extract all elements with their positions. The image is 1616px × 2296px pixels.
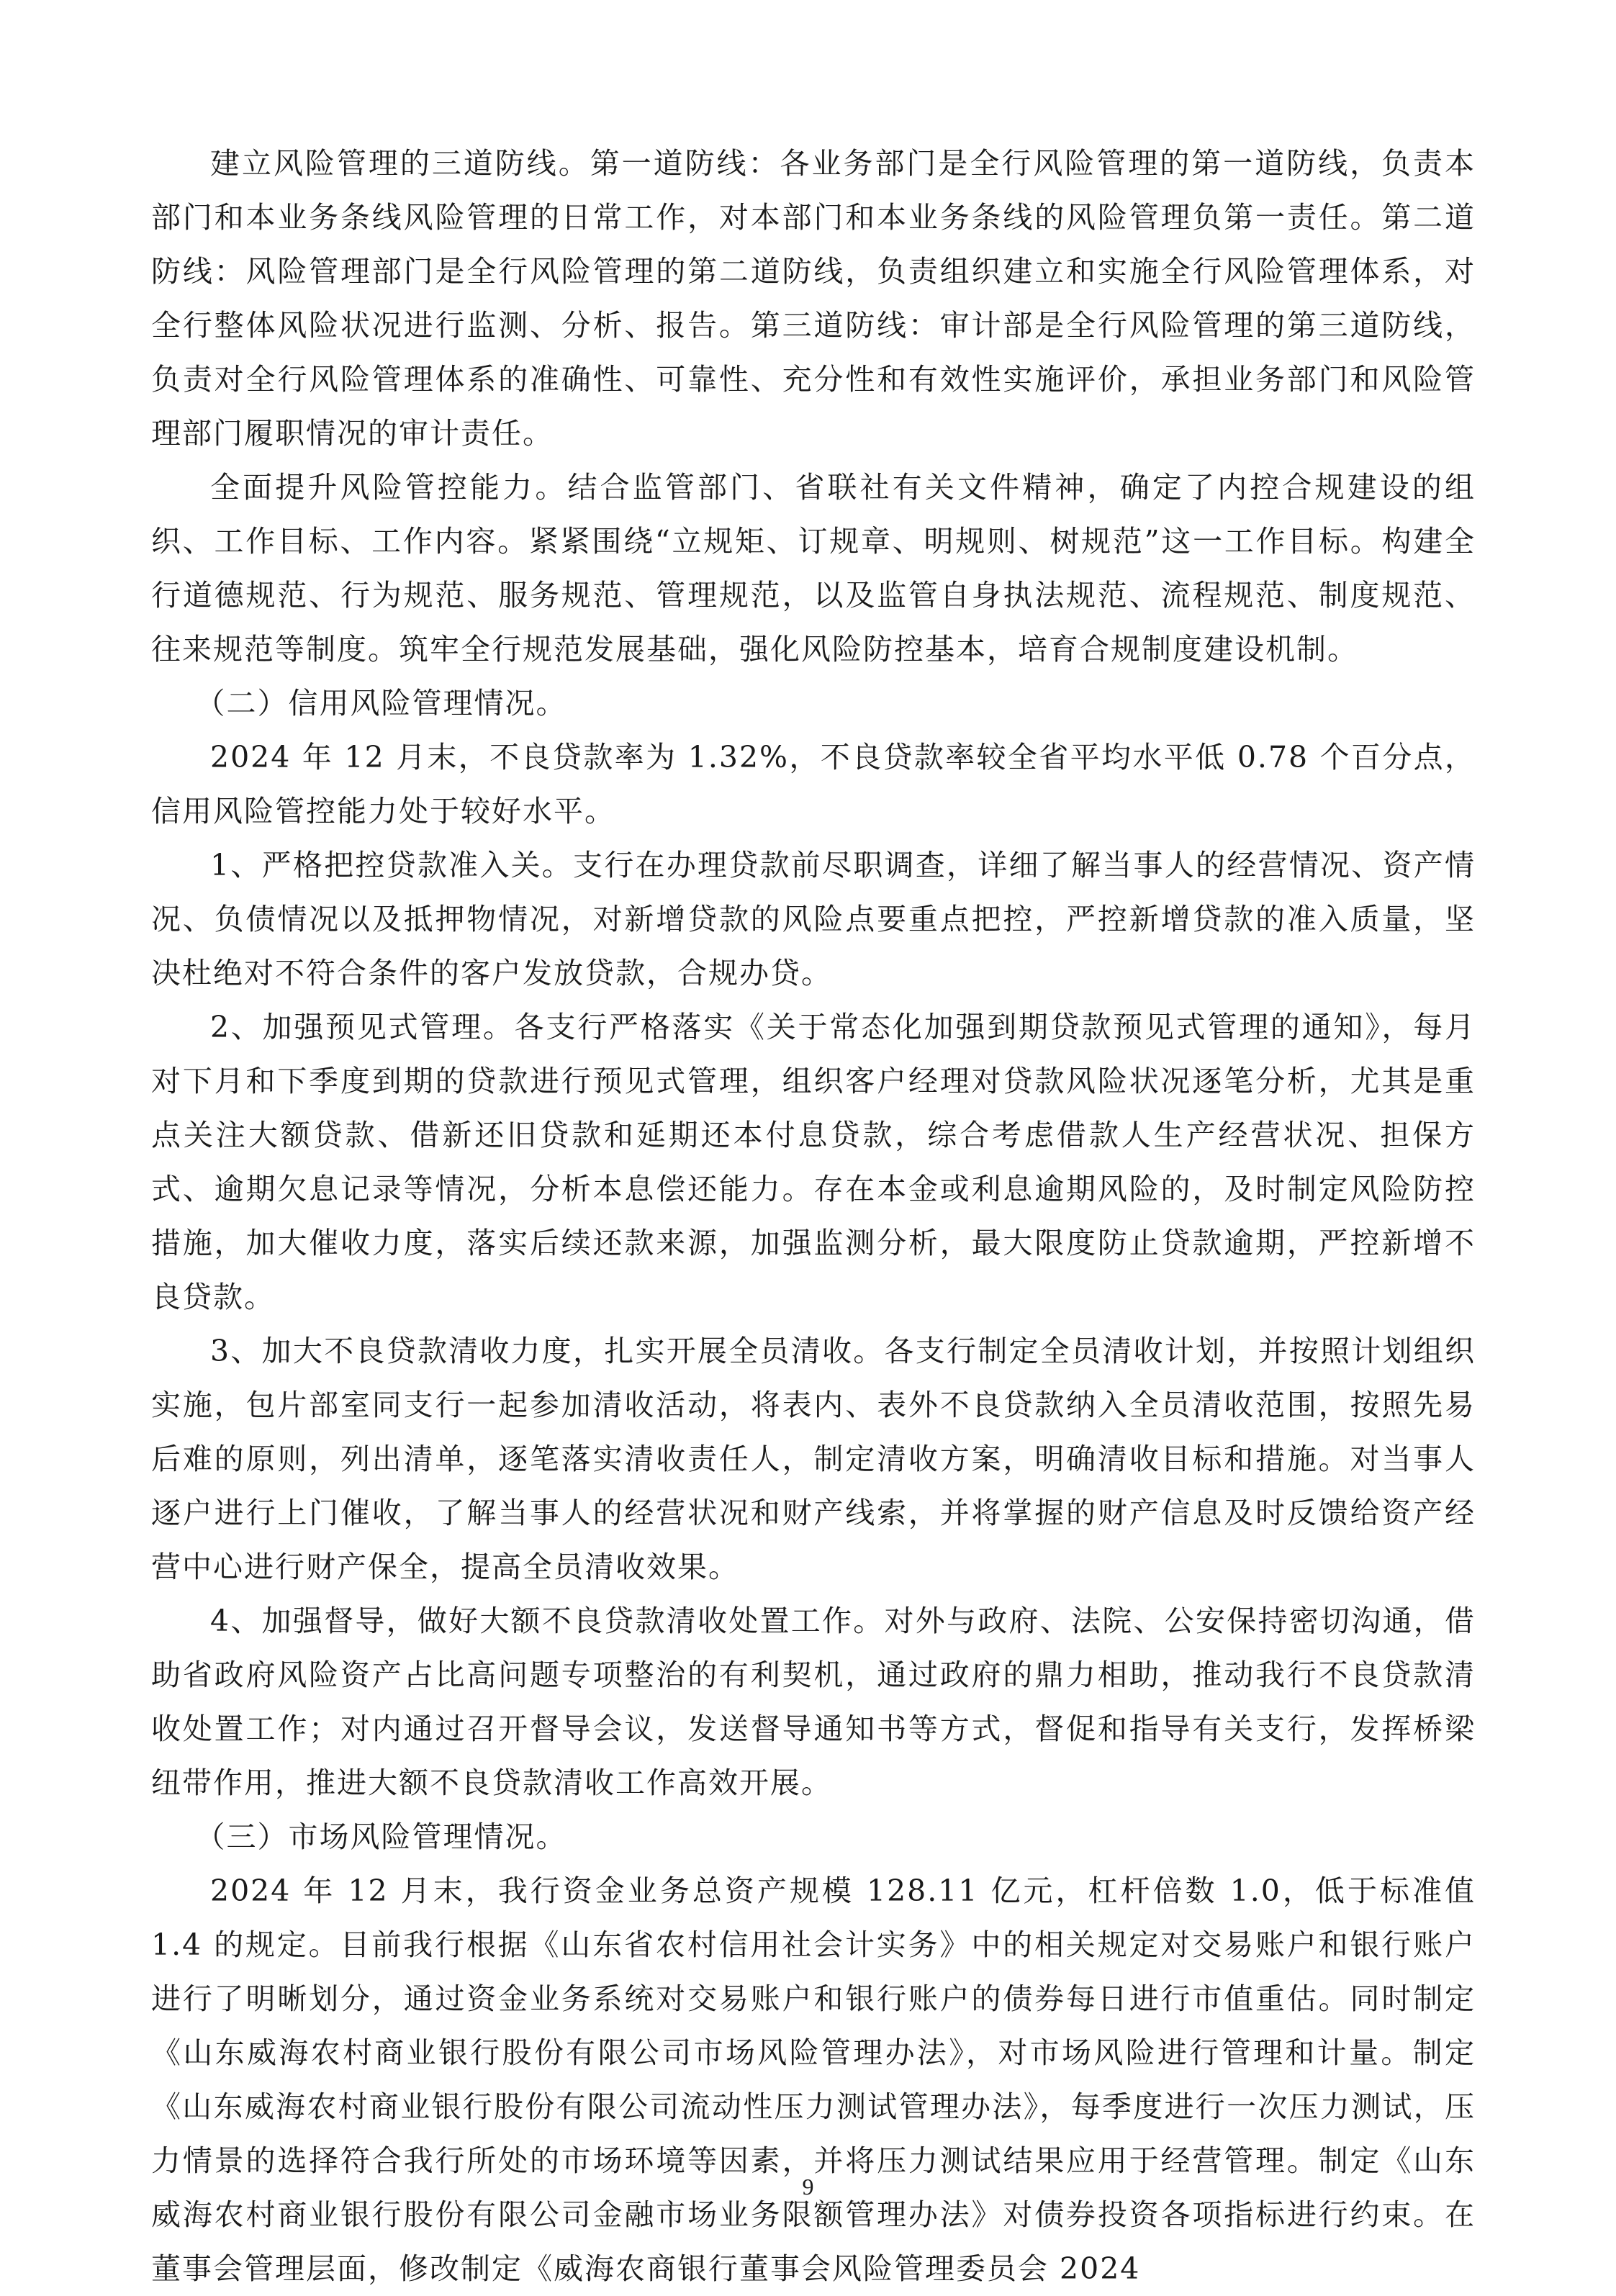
section-heading-market-risk: （三）市场风险管理情况。: [151, 1810, 1476, 1864]
paragraph-risk-control-capability: 全面提升风险管控能力。结合监管部门、省联社有关文件精神，确定了内控合规建设的组织…: [151, 461, 1476, 677]
paragraph-npl-ratio: 2024 年 12 月末，不良贷款率为 1.32%，不良贷款率较全省平均水平低 …: [151, 731, 1476, 839]
paragraph-three-lines-of-defense: 建立风险管理的三道防线。第一道防线：各业务部门是全行风险管理的第一道防线，负责本…: [151, 137, 1476, 461]
paragraph-predictive-management: 2、加强预见式管理。各支行严格落实《关于常态化加强到期贷款预见式管理的通知》，每…: [151, 1000, 1476, 1324]
paragraph-market-risk: 2024 年 12 月末，我行资金业务总资产规模 128.11 亿元，杠杆倍数 …: [151, 1864, 1476, 2296]
paragraph-supervision: 4、加强督导，做好大额不良贷款清收处置工作。对外与政府、法院、公安保持密切沟通，…: [151, 1594, 1476, 1810]
section-heading-credit-risk: （二）信用风险管理情况。: [151, 677, 1476, 731]
document-page: 建立风险管理的三道防线。第一道防线：各业务部门是全行风险管理的第一道防线，负责本…: [151, 137, 1476, 2296]
paragraph-loan-admission: 1、严格把控贷款准入关。支行在办理贷款前尽职调查，详细了解当事人的经营情况、资产…: [151, 839, 1476, 1000]
paragraph-npl-collection: 3、加大不良贷款清收力度，扎实开展全员清收。各支行制定全员清收计划，并按照计划组…: [151, 1324, 1476, 1594]
page-number: 9: [0, 2174, 1616, 2200]
